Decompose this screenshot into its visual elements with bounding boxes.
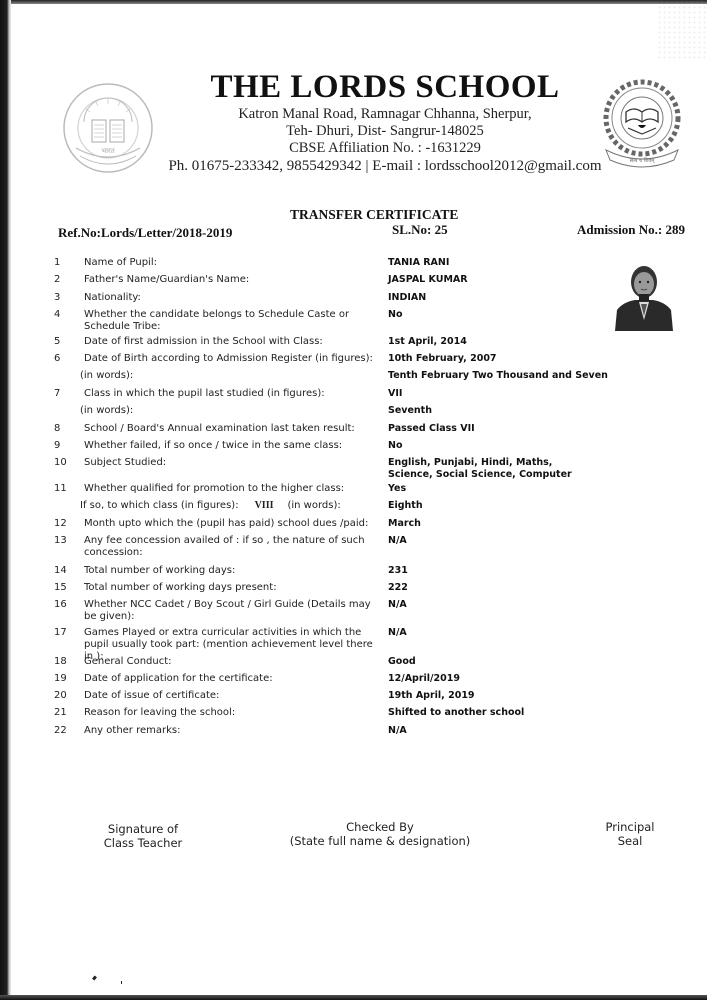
field-number: 19 [54, 673, 76, 685]
field-number: 8 [54, 423, 76, 435]
certificate-title: TRANSFER CERTIFICATE [290, 207, 458, 223]
field-value: N/A [388, 535, 618, 547]
field-label: Whether NCC Cadet / Boy Scout / Girl Gui… [84, 599, 376, 623]
school-crest-icon: सत्यं च शिवम् [598, 76, 686, 174]
field-label: Date of first admission in the School wi… [84, 336, 384, 348]
field-value: Passed Class VII [388, 423, 618, 435]
field-number: 1 [54, 257, 76, 269]
address-line-2: Teh- Dhuri, Dist- Sangrur-148025 [170, 123, 600, 140]
letterhead: THE LORDS SCHOOL Katron Manal Road, Ramn… [170, 68, 600, 175]
field-number: 18 [54, 656, 76, 668]
field-value: March [388, 518, 618, 530]
field-number: 13 [54, 535, 76, 547]
scan-speckle [657, 0, 707, 60]
field-value: No [388, 309, 618, 321]
field-number: 15 [54, 582, 76, 594]
field-label: Date of issue of certificate: [84, 690, 384, 702]
field-value: TANIA RANI [388, 257, 618, 269]
field-value: 19th April, 2019 [388, 690, 618, 702]
field-label: Name of Pupil: [84, 257, 384, 269]
field-label: (in words): [80, 405, 380, 417]
field-number: 4 [54, 309, 76, 321]
scan-mark [92, 976, 97, 981]
field-number: 3 [54, 292, 76, 304]
field-number: 14 [54, 565, 76, 577]
field-label: Any fee concession availed of : if so , … [84, 535, 376, 559]
field-number: 12 [54, 518, 76, 530]
field-label: Month upto which the (pupil has paid) sc… [84, 518, 384, 530]
field-number: 22 [54, 725, 76, 737]
field-label: Any other remarks: [84, 725, 384, 737]
signature-label: Checked By [280, 820, 480, 834]
field-value: N/A [388, 627, 618, 639]
field-value: Yes [388, 483, 618, 495]
field-value: JASPAL KUMAR [388, 274, 618, 286]
address-line-1: Katron Manal Road, Ramnagar Chhanna, She… [170, 106, 600, 123]
field-label: Class in which the pupil last studied (i… [84, 388, 384, 400]
signature-label: Class Teacher [98, 836, 188, 850]
field-value: Eighth [388, 500, 618, 512]
signature-label: Seal [590, 834, 670, 848]
school-name: THE LORDS SCHOOL [170, 68, 600, 106]
scan-border-left [0, 0, 11, 1000]
field-value: N/A [388, 599, 618, 611]
field-label: School / Board's Annual examination last… [84, 423, 384, 435]
cbse-emblem-icon: भारत [62, 82, 154, 174]
principal-seal: Principal Seal [590, 820, 670, 848]
field-number: 17 [54, 627, 76, 639]
field-value: Tenth February Two Thousand and Seven [388, 370, 618, 382]
field-number: 9 [54, 440, 76, 452]
field-label: Total number of working days present: [84, 582, 384, 594]
class-teacher-signature: Signature of Class Teacher [98, 822, 188, 850]
field-value: No [388, 440, 618, 452]
field-label: Whether the candidate belongs to Schedul… [84, 309, 376, 333]
promotion-class-figures: VIII [255, 500, 274, 511]
signature-label: (State full name & designation) [280, 834, 480, 848]
field-value: INDIAN [388, 292, 618, 304]
field-value: 12/April/2019 [388, 673, 618, 685]
field-value: 231 [388, 565, 618, 577]
scan-border-top [0, 0, 707, 4]
field-label-text: If so, to which class (in figures): [80, 500, 239, 511]
field-label: If so, to which class (in figures):VIII(… [80, 500, 380, 512]
field-number: 11 [54, 483, 76, 495]
field-label: Father's Name/Guardian's Name: [84, 274, 384, 286]
contact-info: Ph. 01675-233342, 9855429342 | E-mail : … [150, 157, 620, 175]
field-value: Shifted to another school [388, 707, 618, 719]
serial-number: SL.No: 25 [392, 222, 448, 238]
affiliation-number: CBSE Affiliation No. : -1631229 [170, 140, 600, 157]
field-number: 2 [54, 274, 76, 286]
field-value: N/A [388, 725, 618, 737]
field-value: English, Punjabi, Hindi, Maths, Science,… [388, 457, 588, 481]
student-photo [611, 258, 677, 331]
field-number: 6 [54, 353, 76, 365]
field-number: 16 [54, 599, 76, 611]
field-label: Whether failed, if so once / twice in th… [84, 440, 384, 452]
signature-label: Signature of [98, 822, 188, 836]
field-label: Date of application for the certificate: [84, 673, 384, 685]
field-value: 10th February, 2007 [388, 353, 618, 365]
field-label-suffix: (in words): [287, 500, 340, 511]
scan-border-bottom [0, 995, 707, 1000]
field-label: Date of Birth according to Admission Reg… [84, 353, 384, 365]
field-label: Nationality: [84, 292, 384, 304]
field-label: General Conduct: [84, 656, 384, 668]
reference-number: Ref.No:Lords/Letter/2018-2019 [58, 225, 232, 241]
signature-label: Principal [590, 820, 670, 834]
field-label: (in words): [80, 370, 380, 382]
checked-by-signature: Checked By (State full name & designatio… [280, 820, 480, 848]
field-number: 20 [54, 690, 76, 702]
field-value: Seventh [388, 405, 618, 417]
field-label: Whether qualified for promotion to the h… [84, 483, 384, 495]
field-number: 7 [54, 388, 76, 400]
field-number: 5 [54, 336, 76, 348]
field-value: Good [388, 656, 618, 668]
svg-text:भारत: भारत [101, 147, 116, 155]
admission-number: Admission No.: 289 [577, 222, 685, 238]
scan-mark [121, 981, 122, 984]
field-number: 10 [54, 457, 76, 469]
field-value: VII [388, 388, 618, 400]
svg-text:सत्यं च शिवम्: सत्यं च शिवम् [630, 157, 656, 164]
field-number: 21 [54, 707, 76, 719]
field-label: Subject Studied: [84, 457, 384, 469]
field-label: Reason for leaving the school: [84, 707, 384, 719]
field-label: Total number of working days: [84, 565, 384, 577]
field-value: 222 [388, 582, 618, 594]
field-value: 1st April, 2014 [388, 336, 618, 348]
